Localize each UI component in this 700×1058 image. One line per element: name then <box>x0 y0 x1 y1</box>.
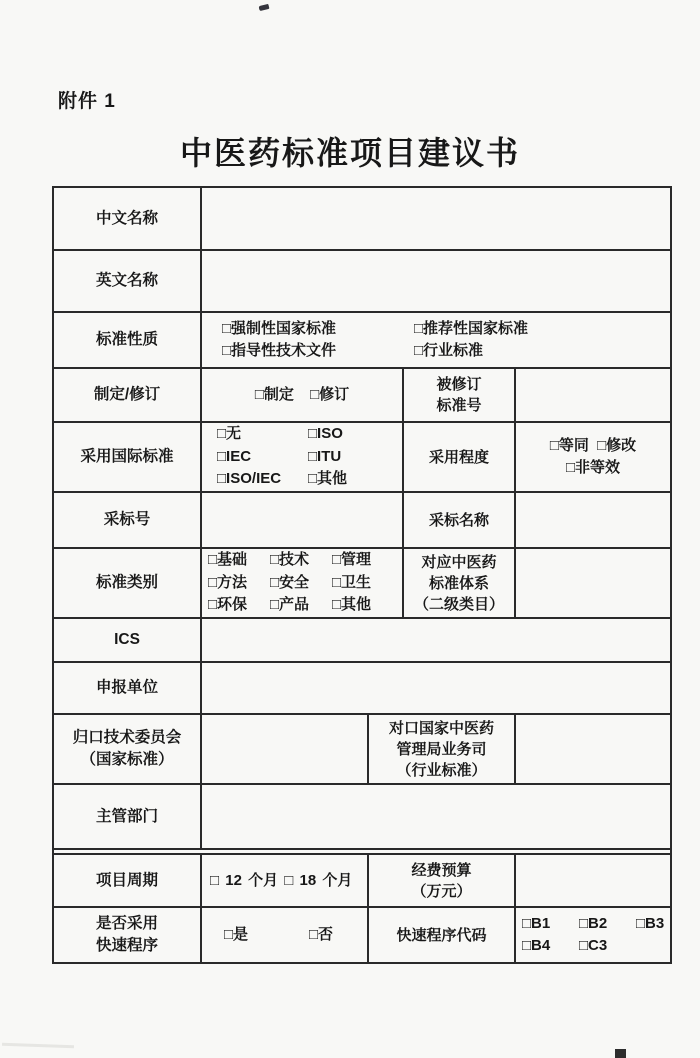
checkbox-option: □IEC <box>217 446 308 469</box>
checkbox-option: □技术 <box>270 549 332 572</box>
applicant-label: 申报单位 <box>54 663 202 713</box>
checkbox-option: □ISO <box>308 423 343 446</box>
revised-standard-no-label: 被修订 标准号 <box>404 369 516 421</box>
tcm-system-value-area <box>516 549 670 617</box>
row-standard-category: 标准类别 □基础 □技术 □管理 □方法 □安全 □卫生 □环保 □产品 □其他… <box>54 549 670 619</box>
checkbox-option: □等同 □修改 <box>516 435 670 457</box>
checkbox-option: □C3 <box>579 935 636 958</box>
tcm-system-label: 对应中医药 标准体系 （二级类目） <box>404 549 516 617</box>
ics-label: ICS <box>54 619 202 661</box>
department-label: 主管部门 <box>54 785 202 848</box>
row-chinese-name: 中文名称 <box>54 188 670 251</box>
chinese-name-label: 中文名称 <box>54 188 202 249</box>
checkbox-option: □推荐性国家标准 <box>414 318 528 341</box>
checkbox-option: □ITU <box>308 446 341 469</box>
label-line: 被修订 <box>436 374 481 395</box>
technical-committee-label: 归口技术委员会 （国家标准） <box>54 715 202 783</box>
proposal-form-table: 中文名称 英文名称 标准性质 □强制性国家标准 □推荐性国家标准 □指导性技术文… <box>52 186 672 964</box>
label-line: （行业标准） <box>396 760 486 781</box>
row-international-standard: 采用国际标准 □无 □ISO □IEC □ITU □ISO/IEC □其他 采用… <box>54 423 670 493</box>
label-line: （二级类目） <box>414 594 504 615</box>
adoption-degree-options: □等同 □修改 □非等效 <box>516 423 670 491</box>
standard-category-options: □基础 □技术 □管理 □方法 □安全 □卫生 □环保 □产品 □其他 <box>202 549 404 617</box>
row-adoption-number: 采标号 采标名称 <box>54 493 670 549</box>
checkbox-option: □B2 <box>579 913 636 936</box>
standard-nature-options: □强制性国家标准 □推荐性国家标准 □指导性技术文件 □行业标准 <box>202 313 670 367</box>
chinese-name-value-area <box>202 188 670 249</box>
label-line: 快速程序 <box>96 935 158 957</box>
label-line: 管理局业务司 <box>396 739 486 760</box>
page-title: 中医药标准项目建议书 <box>0 128 700 174</box>
label-line: （国家标准） <box>80 749 173 771</box>
checkbox-option: □否 <box>309 924 333 946</box>
label-line: 标准体系 <box>429 573 489 594</box>
scan-artifact-smudge <box>2 1043 74 1049</box>
checkbox-option: □ISO/IEC <box>217 468 308 491</box>
project-cycle-label: 项目周期 <box>54 855 202 906</box>
counterpart-bureau-value-area <box>516 715 670 783</box>
checkbox-option: □其他 <box>332 594 371 617</box>
adoption-name-value-area <box>516 493 670 547</box>
international-standard-options: □无 □ISO □IEC □ITU □ISO/IEC □其他 <box>202 423 404 491</box>
counterpart-bureau-label: 对口国家中医药 管理局业务司 （行业标准） <box>369 715 516 783</box>
revised-standard-no-value-area <box>516 369 670 421</box>
checkbox-option: □管理 <box>332 549 371 572</box>
attachment-label: 附件 1 <box>58 86 116 113</box>
label-line: （万元） <box>411 881 471 902</box>
checkbox-option: □强制性国家标准 <box>222 318 414 341</box>
adoption-number-label: 采标号 <box>54 493 202 547</box>
row-formulate-revise: 制定/修订 □制定 □修订 被修订 标准号 <box>54 369 670 423</box>
checkbox-option: □产品 <box>270 594 332 617</box>
fast-track-options: □是 □否 <box>202 908 369 962</box>
label-line: 归口技术委员会 <box>73 727 182 749</box>
checkbox-option: □无 <box>217 423 308 446</box>
fast-track-label: 是否采用 快速程序 <box>54 908 202 962</box>
formulate-revise-options: □制定 □修订 <box>202 369 404 421</box>
scan-artifact-mark <box>259 4 270 11</box>
english-name-label: 英文名称 <box>54 251 202 311</box>
checkbox-option: □其他 <box>308 468 347 491</box>
row-project-cycle: 项目周期 □ 12 个月 □ 18 个月 经费预算 （万元） <box>54 853 670 908</box>
checkbox-option: □环保 <box>208 594 270 617</box>
row-department: 主管部门 <box>54 785 670 850</box>
technical-committee-value-area <box>202 715 369 783</box>
row-standard-nature: 标准性质 □强制性国家标准 □推荐性国家标准 □指导性技术文件 □行业标准 <box>54 313 670 369</box>
checkbox-option: □指导性技术文件 <box>222 340 414 363</box>
label-line: 标准号 <box>436 395 481 416</box>
adoption-name-label: 采标名称 <box>404 493 516 547</box>
checkbox-option: □B1 <box>522 913 579 936</box>
fast-track-code-options: □B1 □B2 □B3 □B4 □C3 <box>516 908 670 962</box>
standard-category-label: 标准类别 <box>54 549 202 617</box>
international-standard-label: 采用国际标准 <box>54 423 202 491</box>
row-fast-track: 是否采用 快速程序 □是 □否 快速程序代码 □B1 □B2 □B3 □B4 □… <box>54 908 670 962</box>
budget-label: 经费预算 （万元） <box>369 855 516 906</box>
checkbox-option: □B3 <box>636 913 664 936</box>
scan-artifact-page-number-fragment <box>615 1049 626 1058</box>
checkbox-option: □方法 <box>208 572 270 595</box>
adoption-number-value-area <box>202 493 404 547</box>
checkbox-option: □是 <box>224 924 248 946</box>
row-english-name: 英文名称 <box>54 251 670 313</box>
adoption-degree-label: 采用程度 <box>404 423 516 491</box>
row-applicant: 申报单位 <box>54 663 670 715</box>
standard-nature-label: 标准性质 <box>54 313 202 367</box>
fast-track-code-label: 快速程序代码 <box>369 908 516 962</box>
ics-value-area <box>202 619 670 661</box>
label-line: 对口国家中医药 <box>389 718 494 739</box>
label-line: 是否采用 <box>96 913 158 935</box>
label-line: 经费预算 <box>411 860 471 881</box>
applicant-value-area <box>202 663 670 713</box>
checkbox-option: □基础 <box>208 549 270 572</box>
formulate-revise-label: 制定/修订 <box>54 369 202 421</box>
checkbox-option: □安全 <box>270 572 332 595</box>
checkbox-option: □行业标准 <box>414 340 483 363</box>
budget-value-area <box>516 855 670 906</box>
checkbox-option: □B4 <box>522 935 579 958</box>
department-value-area <box>202 785 670 848</box>
row-technical-committee: 归口技术委员会 （国家标准） 对口国家中医药 管理局业务司 （行业标准） <box>54 715 670 785</box>
project-cycle-options: □ 12 个月 □ 18 个月 <box>202 855 369 906</box>
row-ics: ICS <box>54 619 670 663</box>
checkbox-option: □非等效 <box>516 457 670 479</box>
label-line: 对应中医药 <box>421 552 496 573</box>
checkbox-option: □卫生 <box>332 572 371 595</box>
english-name-value-area <box>202 251 670 311</box>
